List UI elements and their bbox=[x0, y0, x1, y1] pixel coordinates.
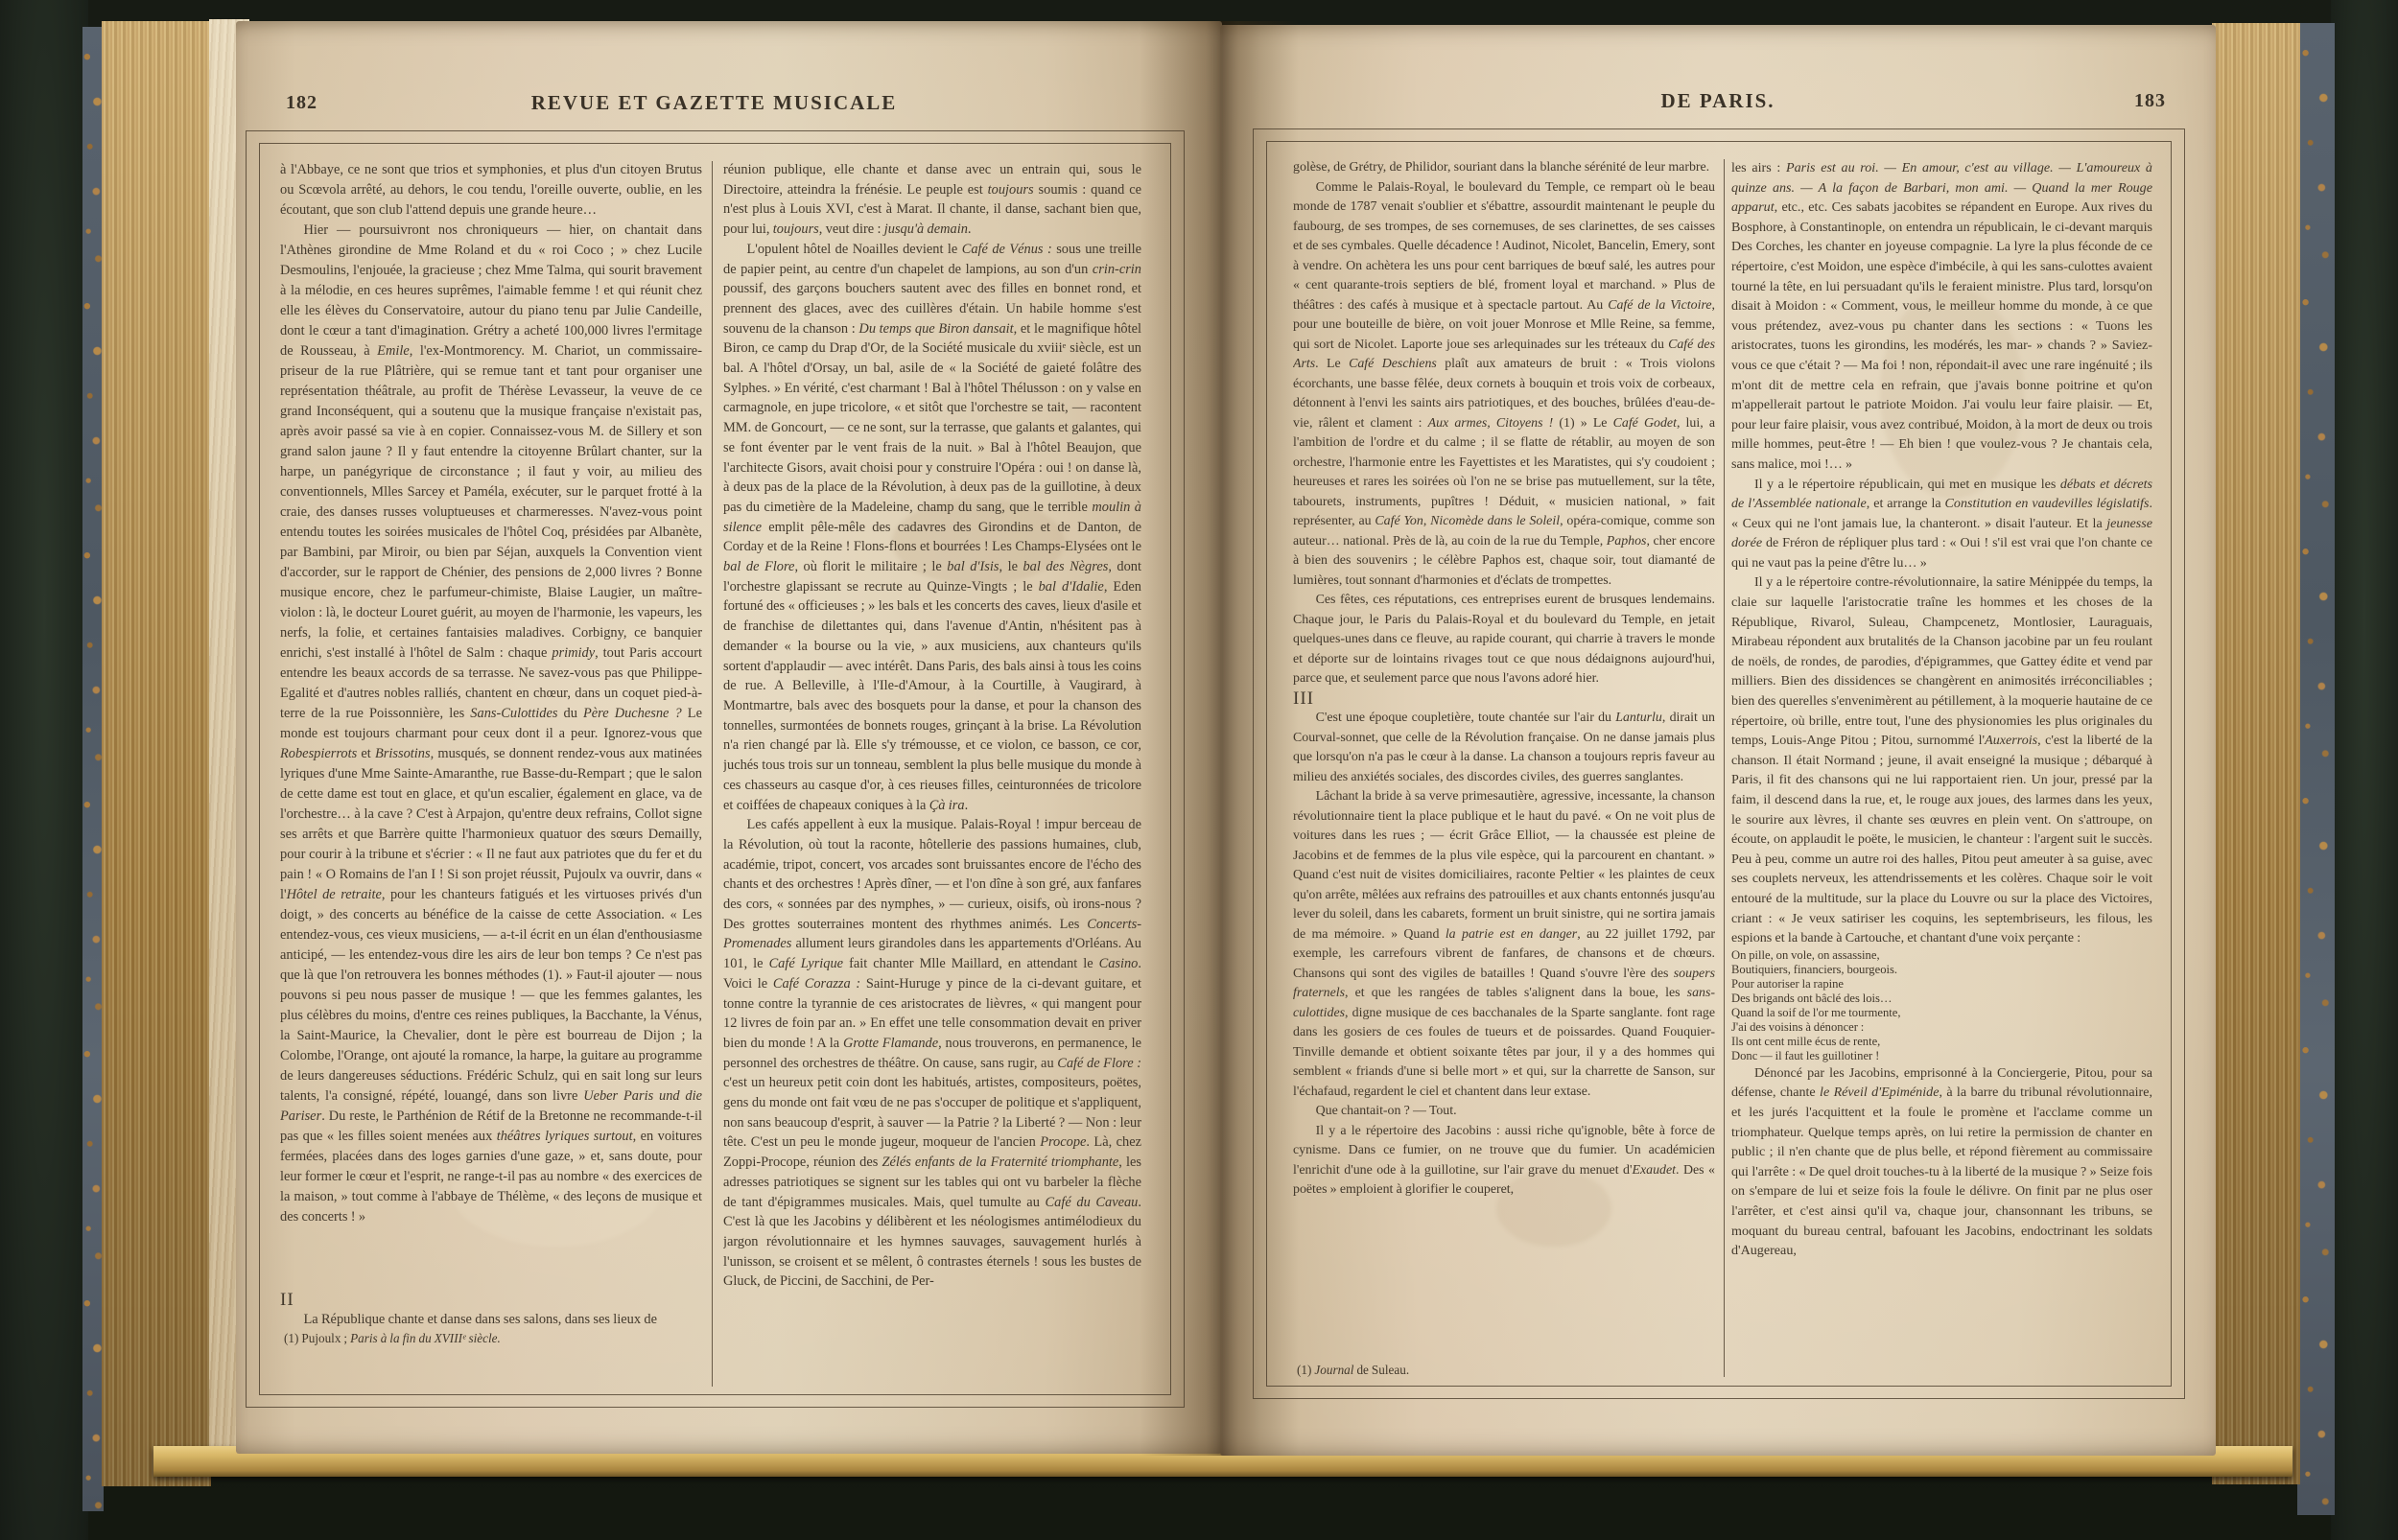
marbled-board-edge-left bbox=[82, 27, 104, 1511]
paragraph: Ces fêtes, ces réputations, ces entrepri… bbox=[1293, 591, 1715, 689]
column-divider-right-page bbox=[1724, 159, 1725, 1377]
section-heading: II bbox=[280, 1290, 702, 1310]
running-head-left: REVUE ET GAZETTE MUSICALE bbox=[246, 91, 1183, 115]
text-column-left-1: à l'Abbaye, ce ne sont que trios et symp… bbox=[280, 160, 702, 1386]
text-column-right-1: golèse, de Grétry, de Philidor, souriant… bbox=[1293, 158, 1715, 1382]
paragraph: Les cafés appellent à eux la musique. Pa… bbox=[723, 815, 1141, 1292]
paragraph: Il y a le répertoire contre-révolutionna… bbox=[1731, 572, 2152, 947]
marbled-board-edge-right bbox=[2297, 23, 2335, 1515]
paragraph-continuation: réunion publique, elle chante et danse a… bbox=[723, 160, 1141, 240]
page-block-fore-edge-left bbox=[102, 21, 211, 1486]
page-block-fore-edge-right bbox=[2212, 23, 2300, 1484]
column-divider-left-page bbox=[712, 161, 713, 1387]
text-column-left-2: réunion publique, elle chante et danse a… bbox=[723, 160, 1141, 1384]
section-heading: III bbox=[1293, 689, 1715, 710]
footnote: (1) Pujoulx ; Paris à la fin du XVIIIᵉ s… bbox=[280, 1330, 702, 1346]
paragraph: Il y a le répertoire républicain, qui me… bbox=[1731, 475, 2152, 573]
paragraph: Il y a le répertoire des Jacobins : auss… bbox=[1293, 1122, 1715, 1201]
paragraph-continuation: les airs : Paris est au roi. — En amour,… bbox=[1731, 158, 2152, 475]
verse-block: On pille, on vole, on assassine,Boutiqui… bbox=[1731, 948, 2152, 1063]
paragraph: Comme le Palais-Royal, le boulevard du T… bbox=[1293, 178, 1715, 592]
paragraph: Dénoncé par les Jacobins, emprisonné à l… bbox=[1731, 1063, 2152, 1261]
paragraph-continuation: à l'Abbaye, ce ne sont que trios et symp… bbox=[280, 160, 702, 221]
paragraph: Lâchant la bride à sa verve primesautièr… bbox=[1293, 787, 1715, 1102]
book-cover-cloth-left bbox=[0, 0, 88, 1540]
column-foot: (1) Journal de Suleau. bbox=[1293, 1362, 1715, 1382]
footnote: (1) Journal de Suleau. bbox=[1293, 1362, 1715, 1378]
column-body: golèse, de Grétry, de Philidor, souriant… bbox=[1293, 158, 1715, 1362]
paragraph: C'est une époque coupletière, toute chan… bbox=[1293, 709, 1715, 787]
column-body: à l'Abbaye, ce ne sont que trios et symp… bbox=[280, 160, 702, 1290]
paragraph: Que chantait-on ? — Tout. bbox=[1293, 1102, 1715, 1122]
paragraph-continuation: golèse, de Grétry, de Philidor, souriant… bbox=[1293, 158, 1715, 178]
paragraph: La République chante et danse dans ses s… bbox=[280, 1310, 702, 1330]
page-number-right: 183 bbox=[2106, 90, 2166, 112]
paragraph: Hier — poursuivront nos chroniqueurs — h… bbox=[280, 221, 702, 1227]
paragraph: L'opulent hôtel de Noailles devient le C… bbox=[723, 240, 1141, 815]
running-head-right: DE PARIS. bbox=[1253, 89, 2183, 113]
column-tail: IILa République chante et danse dans ses… bbox=[280, 1290, 702, 1346]
book-spread-photo: 182 REVUE ET GAZETTE MUSICALE DE PARIS. … bbox=[0, 0, 2398, 1540]
book-cover-cloth-right bbox=[2331, 0, 2398, 1540]
text-column-right-2: les airs : Paris est au roi. — En amour,… bbox=[1731, 158, 2152, 1380]
